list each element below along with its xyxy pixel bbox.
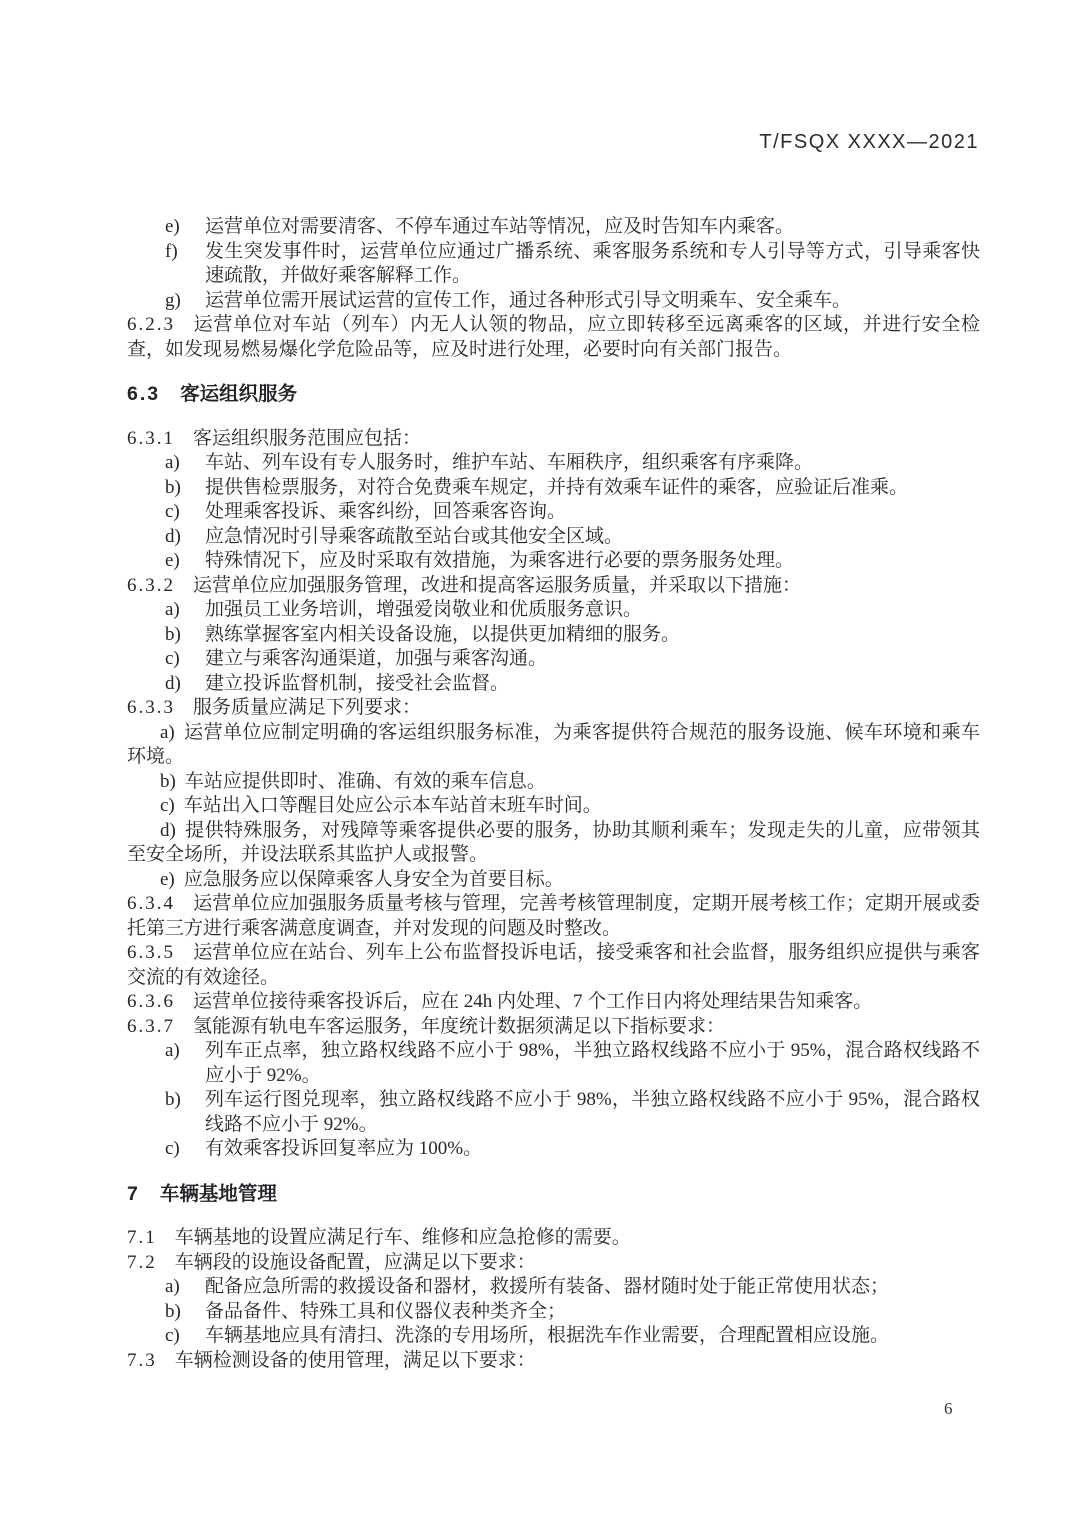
item-letter: a) [165, 598, 180, 623]
lettered-subparagraph: e)应急服务应以保障乘客人身安全为首要目标。 [127, 868, 980, 893]
clause-number: 6.3.4 [127, 893, 193, 914]
clause-number: 7.1 [127, 1227, 175, 1248]
clause-number: 6.2.3 [127, 314, 193, 335]
item-letter: e) [160, 869, 184, 890]
item-letter: a) [160, 722, 184, 743]
clause-text: 服务质量应满足下列要求： [193, 697, 421, 718]
item-text: 车站出入口等醒目处应公示本车站首末班车时间。 [184, 795, 602, 816]
lettered-list: a)加强员工业务培训，增强爱岗敬业和优质服务意识。b)熟练掌握客室内相关设备设施… [127, 598, 980, 696]
lettered-subparagraph: c)车站出入口等醒目处应公示本车站首末班车时间。 [127, 794, 980, 819]
item-text: 列车正点率，独立路权线路不应小于 98%，半独立路权线路不应小于 95%，混合路… [205, 1040, 980, 1086]
item-letter: a) [165, 451, 180, 476]
list-item: c)建立与乘客沟通渠道，加强与乘客沟通。 [127, 647, 980, 672]
lettered-list: e)运营单位对需要清客、不停车通过车站等情况，应及时告知车内乘客。f)发生突发事… [127, 215, 980, 313]
item-letter: c) [165, 647, 180, 672]
item-letter: b) [165, 476, 181, 501]
clause-paragraph: 6.3.2运营单位应加强服务管理，改进和提高客运服务质量，并采取以下措施： [127, 574, 980, 599]
clause-paragraph: 6.3.5运营单位应在站台、列车上公布监督投诉电话，接受乘客和社会监督，服务组织… [127, 941, 980, 990]
item-letter: d) [165, 525, 181, 550]
clause-number: 6.3.1 [127, 428, 193, 449]
standard-code-header: T/FSQX XXXX—2021 [759, 131, 979, 154]
list-item: c)车辆基地应具有清扫、洗涤的专用场所，根据洗车作业需要，合理配置相应设施。 [127, 1324, 980, 1349]
item-text: 发生突发事件时，运营单位应通过广播系统、乘客服务系统和专人引导等方式，引导乘客快… [205, 241, 980, 287]
item-text: 建立投诉监督机制，接受社会监督。 [205, 673, 509, 694]
list-item: c)有效乘客投诉回复率应为 100%。 [127, 1137, 980, 1162]
list-item: a)车站、列车设有专人服务时，维护车站、车厢秩序，组织乘客有序乘降。 [127, 451, 980, 476]
item-text: 车站应提供即时、准确、有效的乘车信息。 [185, 771, 546, 792]
clause-text: 车辆段的设施设备配置，应满足以下要求： [175, 1252, 536, 1273]
item-letter: e) [165, 215, 180, 240]
clause-text: 氢能源有轨电车客运服务，年度统计数据须满足以下指标要求： [193, 1016, 725, 1037]
clause-text: 运营单位应加强服务质量考核与管理，完善考核管理制度，定期开展考核工作；定期开展或… [127, 893, 980, 939]
lettered-list: a)配备应急所需的救援设备和器材，救援所有装备、器材随时处于能正常使用状态；b)… [127, 1275, 980, 1349]
item-letter: d) [165, 672, 181, 697]
item-letter: a) [165, 1039, 180, 1064]
lettered-subparagraph: d)提供特殊服务，对残障等乘客提供必要的服务，协助其顺利乘车；发现走失的儿童，应… [127, 819, 980, 868]
clause-text: 运营单位应在站台、列车上公布监督投诉电话，接受乘客和社会监督，服务组织应提供与乘… [127, 942, 980, 988]
clause-paragraph: 6.3.6运营单位接待乘客投诉后，应在 24h 内处理、7 个工作日内将处理结果… [127, 990, 980, 1015]
section-number: 6.3 [127, 383, 180, 405]
lettered-list: a)车站、列车设有专人服务时，维护车站、车厢秩序，组织乘客有序乘降。b)提供售检… [127, 451, 980, 574]
clause-paragraph: 6.2.3运营单位对车站（列车）内无人认领的物品，应立即转移至远离乘客的区域，并… [127, 313, 980, 362]
document-page: T/FSQX XXXX—2021 e)运营单位对需要清客、不停车通过车站等情况，… [0, 0, 1080, 1527]
item-letter: b) [165, 1088, 181, 1113]
item-text: 提供特殊服务，对残障等乘客提供必要的服务，协助其顺利乘车；发现走失的儿童，应带领… [127, 820, 980, 866]
section-number: 7 [127, 1183, 160, 1205]
clause-number: 6.3.7 [127, 1016, 193, 1037]
item-letter: c) [165, 1137, 180, 1162]
item-letter: g) [165, 289, 181, 314]
item-text: 配备应急所需的救援设备和器材，救援所有装备、器材随时处于能正常使用状态； [205, 1276, 889, 1297]
item-text: 提供售检票服务，对符合免费乘车规定，并持有效乘车证件的乘客，应验证后准乘。 [205, 477, 908, 498]
page-number: 6 [944, 1399, 953, 1419]
clause-paragraph: 6.3.1客运组织服务范围应包括： [127, 427, 980, 452]
item-text: 车辆基地应具有清扫、洗涤的专用场所，根据洗车作业需要，合理配置相应设施。 [205, 1325, 889, 1346]
item-letter: c) [165, 500, 180, 525]
item-letter: f) [165, 240, 178, 265]
clause-paragraph: 6.3.7氢能源有轨电车客运服务，年度统计数据须满足以下指标要求： [127, 1015, 980, 1040]
section-heading: 6.3客运组织服务 [127, 382, 980, 407]
list-item: g)运营单位需开展试运营的宣传工作，通过各种形式引导文明乘车、安全乘车。 [127, 289, 980, 314]
clause-paragraph: 7.3车辆检测设备的使用管理，满足以下要求： [127, 1349, 980, 1374]
list-item: c)处理乘客投诉、乘客纠纷，回答乘客咨询。 [127, 500, 980, 525]
item-letter: b) [165, 623, 181, 648]
item-text: 列车运行图兑现率，独立路权线路不应小于 98%，半独立路权线路不应小于 95%，… [205, 1089, 980, 1135]
list-item: b)备品备件、特殊工具和仪器仪表种类齐全； [127, 1300, 980, 1325]
item-text: 应急服务应以保障乘客人身安全为首要目标。 [184, 869, 564, 890]
list-item: a)列车正点率，独立路权线路不应小于 98%，半独立路权线路不应小于 95%，混… [127, 1039, 980, 1088]
item-letter: c) [160, 795, 184, 816]
clause-text: 客运组织服务范围应包括： [193, 428, 421, 449]
item-text: 熟练掌握客室内相关设备设施，以提供更加精细的服务。 [205, 624, 680, 645]
clause-paragraph: 7.1车辆基地的设置应满足行车、维修和应急抢修的需要。 [127, 1226, 980, 1251]
item-text: 应急情况时引导乘客疏散至站台或其他安全区域。 [205, 526, 623, 547]
list-item: e)特殊情况下，应及时采取有效措施，为乘客进行必要的票务服务处理。 [127, 549, 980, 574]
item-letter: b) [165, 1300, 181, 1325]
section-title: 车辆基地管理 [160, 1183, 277, 1205]
item-letter: e) [165, 549, 180, 574]
section-heading: 7车辆基地管理 [127, 1182, 980, 1207]
clause-number: 7.3 [127, 1350, 175, 1371]
clause-number: 6.3.3 [127, 697, 193, 718]
lettered-subparagraph: b)车站应提供即时、准确、有效的乘车信息。 [127, 770, 980, 795]
clause-number: 6.3.5 [127, 942, 193, 963]
item-letter: b) [160, 771, 185, 792]
list-item: a)加强员工业务培训，增强爱岗敬业和优质服务意识。 [127, 598, 980, 623]
item-text: 建立与乘客沟通渠道，加强与乘客沟通。 [205, 648, 547, 669]
lettered-subparagraph: a)运营单位应制定明确的客运组织服务标准，为乘客提供符合规范的服务设施、候车环境… [127, 721, 980, 770]
clause-number: 6.3.2 [127, 575, 193, 596]
clause-number: 6.3.6 [127, 991, 193, 1012]
list-item: d)应急情况时引导乘客疏散至站台或其他安全区域。 [127, 525, 980, 550]
item-text: 加强员工业务培训，增强爱岗敬业和优质服务意识。 [205, 599, 642, 620]
item-letter: c) [165, 1324, 180, 1349]
list-item: b)提供售检票服务，对符合免费乘车规定，并持有效乘车证件的乘客，应验证后准乘。 [127, 476, 980, 501]
list-item: b)列车运行图兑现率，独立路权线路不应小于 98%，半独立路权线路不应小于 95… [127, 1088, 980, 1137]
item-letter: a) [165, 1275, 180, 1300]
list-item: b)熟练掌握客室内相关设备设施，以提供更加精细的服务。 [127, 623, 980, 648]
lettered-list: a)列车正点率，独立路权线路不应小于 98%，半独立路权线路不应小于 95%，混… [127, 1039, 980, 1162]
clause-paragraph: 7.2车辆段的设施设备配置，应满足以下要求： [127, 1251, 980, 1276]
clause-text: 车辆基地的设置应满足行车、维修和应急抢修的需要。 [175, 1227, 631, 1248]
clause-paragraph: 6.3.4运营单位应加强服务质量考核与管理，完善考核管理制度，定期开展考核工作；… [127, 892, 980, 941]
item-text: 备品备件、特殊工具和仪器仪表种类齐全； [205, 1301, 566, 1322]
clause-text: 运营单位对车站（列车）内无人认领的物品，应立即转移至远离乘客的区域，并进行安全检… [127, 314, 980, 360]
clause-text: 运营单位应加强服务管理，改进和提高客运服务质量，并采取以下措施： [193, 575, 801, 596]
list-item: e)运营单位对需要清客、不停车通过车站等情况，应及时告知车内乘客。 [127, 215, 980, 240]
item-text: 处理乘客投诉、乘客纠纷，回答乘客咨询。 [205, 501, 566, 522]
clause-text: 运营单位接待乘客投诉后，应在 24h 内处理、7 个工作日内将处理结果告知乘客。 [193, 991, 872, 1012]
item-text: 有效乘客投诉回复率应为 100%。 [205, 1138, 482, 1159]
clause-number: 7.2 [127, 1252, 175, 1273]
section-title: 客运组织服务 [180, 383, 297, 405]
document-body: e)运营单位对需要清客、不停车通过车站等情况，应及时告知车内乘客。f)发生突发事… [127, 215, 980, 1373]
item-letter: d) [160, 820, 185, 841]
list-item: f)发生突发事件时，运营单位应通过广播系统、乘客服务系统和专人引导等方式，引导乘… [127, 240, 980, 289]
item-text: 运营单位应制定明确的客运组织服务标准，为乘客提供符合规范的服务设施、候车环境和乘… [127, 722, 980, 768]
item-text: 车站、列车设有专人服务时，维护车站、车厢秩序，组织乘客有序乘降。 [205, 452, 813, 473]
list-item: d)建立投诉监督机制，接受社会监督。 [127, 672, 980, 697]
item-text: 运营单位需开展试运营的宣传工作，通过各种形式引导文明乘车、安全乘车。 [205, 290, 851, 311]
clause-paragraph: 6.3.3服务质量应满足下列要求： [127, 696, 980, 721]
item-text: 特殊情况下，应及时采取有效措施，为乘客进行必要的票务服务处理。 [205, 550, 794, 571]
clause-text: 车辆检测设备的使用管理，满足以下要求： [175, 1350, 536, 1371]
list-item: a)配备应急所需的救援设备和器材，救援所有装备、器材随时处于能正常使用状态； [127, 1275, 980, 1300]
item-text: 运营单位对需要清客、不停车通过车站等情况，应及时告知车内乘客。 [205, 216, 794, 237]
